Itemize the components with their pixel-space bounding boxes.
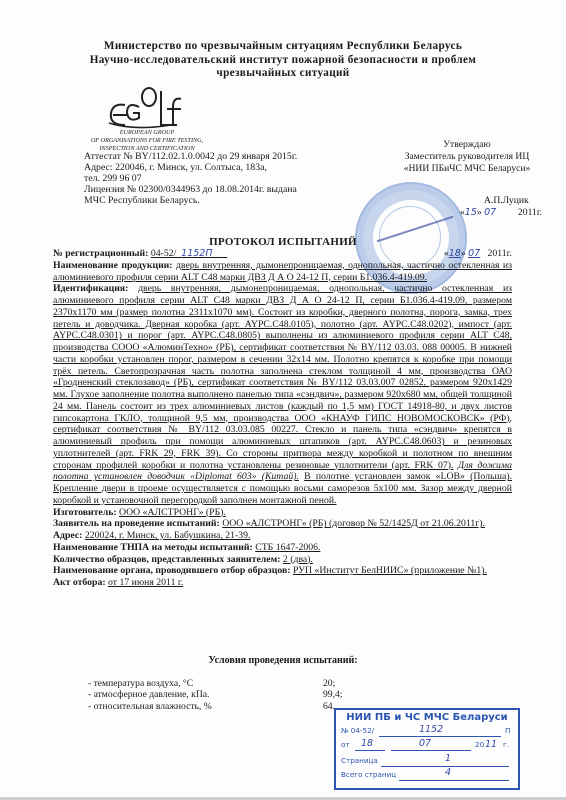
license-issuer-line: МЧС Республики Беларусь. — [84, 195, 297, 206]
condition-row-pressure: - атмосферное давление, кПа. 99,4; — [88, 689, 348, 700]
stamp-page-row: Страница 1 — [341, 756, 513, 768]
applicant-label: Заявитель на проведение испытаний: — [53, 518, 220, 529]
approval-signatory: А.П.Луцик — [484, 195, 529, 207]
protocol-title: ПРОТОКОЛ ИСПЫТАНИЙ — [0, 236, 566, 248]
identification-field: Идентификация: дверь внутренняя, дымонеп… — [53, 283, 512, 506]
sampling-body-field: Наименование органа, проводившего отбор … — [53, 565, 512, 577]
tnpa-label: Наименование ТНПА на методы испытаний: — [53, 542, 253, 553]
approval-date: «15» 072011г. — [460, 207, 560, 219]
stamp-date-year-prefix: 20 — [475, 740, 484, 749]
tnpa-value: СТБ 1647-2006. — [255, 542, 320, 553]
applicant-field: Заявитель на проведение испытаний: ООО «… — [53, 518, 512, 530]
reg-date-month: 07 — [468, 248, 480, 259]
product-name-field: Наименование продукции: дверь внутренняя… — [53, 260, 512, 284]
conditions-list: - температура воздуха, °С 20; - атмосфер… — [88, 678, 348, 712]
approval-position: Заместитель руководителя ИЦ — [372, 151, 562, 163]
approval-organization: «НИИ ПБиЧС МЧС Беларуси» — [372, 163, 562, 175]
registration-stamp: НИИ ПБ и ЧС МЧС Беларуси № 04-52/ 1152 П… — [334, 708, 520, 790]
protocol-body: № регистрационный: 04-52/ 1152П «18» 07 … — [53, 248, 512, 589]
document-header: Министерство по чрезвычайным ситуациям Р… — [60, 40, 506, 81]
egolf-logo-icon — [105, 85, 185, 130]
applicant-value: ООО «АЛСТРОНГ» (РБ) (договор № 52/1425Д … — [222, 518, 485, 529]
reg-prefix: 04-52/ — [151, 248, 176, 259]
approval-date-day: 15 — [465, 207, 477, 218]
header-institute: Научно-исследовательский институт пожарн… — [60, 54, 506, 68]
document-page: Министерство по чрезвычайным ситуациям Р… — [0, 0, 566, 800]
stamp-date-row: от 18 07 20 11 г. — [341, 740, 513, 752]
condition-label: - температура воздуха, °С — [88, 678, 193, 689]
stamp-page-label: Страница — [341, 756, 378, 765]
reg-date-year: 2011г. — [488, 248, 512, 259]
condition-row-temperature: - температура воздуха, °С 20; — [88, 678, 348, 689]
product-label: Наименование продукции: — [53, 260, 173, 271]
sampling-act-label: Акт отбора: — [53, 577, 106, 588]
samples-label: Количество образцов, представленных заяв… — [53, 554, 280, 565]
address-field: Адрес: 220024, г. Минск, ул. Бабушкина, … — [53, 530, 512, 542]
sampling-body-label: Наименование органа, проводившего отбор … — [53, 565, 291, 576]
logo-caption: European group of organisations for fire… — [62, 129, 232, 152]
organization-info: Аттестат № BY/112.02.1.0.0042 до 29 янва… — [84, 151, 297, 206]
approval-title: Утверждаю — [372, 139, 562, 151]
identification-label: Идентификация: — [53, 283, 128, 294]
stamp-number-suffix: П — [505, 726, 510, 735]
accreditation-line: Аттестат № BY/112.02.1.0.0042 до 29 янва… — [84, 151, 297, 162]
stamp-number-label: № 04-52/ — [341, 726, 374, 735]
sampling-body-value: РУП «Институт БелНИИС» (приложение №1). — [293, 565, 487, 576]
condition-row-humidity: - относительная влажность, % 64. — [88, 701, 348, 712]
manufacturer-label: Изготовитель: — [53, 507, 117, 518]
reg-date-day: 18 — [449, 248, 461, 259]
stamp-page-value: 1 — [445, 753, 451, 764]
reg-date: «18» 07 2011г. — [444, 248, 512, 260]
stamp-total-value: 4 — [445, 767, 451, 778]
stamp-title: НИИ ПБ и ЧС МЧС Беларуси — [336, 712, 518, 723]
stamp-total-label: Всего страниц — [341, 770, 396, 779]
header-ministry: Министерство по чрезвычайным ситуациям Р… — [60, 40, 506, 54]
address-label: Адрес: — [53, 530, 82, 541]
registration-number-line: № регистрационный: 04-52/ 1152П «18» 07 … — [53, 248, 512, 260]
address-line: Адрес: 220046, г. Минск, ул. Солтыса, 18… — [84, 162, 297, 173]
stamp-number-row: № 04-52/ 1152 П — [341, 726, 513, 738]
approval-date-month: 07 — [484, 207, 496, 218]
stamp-date-year: 11 — [485, 739, 497, 750]
approval-date-year: 2011г. — [518, 207, 542, 218]
stamp-number-value: 1152 — [419, 724, 443, 735]
sampling-act-field: Акт отбора: от 17 июня 2011 г. — [53, 577, 512, 589]
condition-value: 20; — [323, 678, 335, 689]
sampling-act-value: от 17 июня 2011 г. — [108, 577, 183, 588]
reg-number: 04-52/ 1152П — [151, 248, 227, 259]
logo-caption-line: European group — [62, 129, 232, 137]
stamp-date-year-suffix: г. — [503, 740, 509, 749]
manufacturer-value: ООО «АЛСТРОНГ» (РБ). — [119, 507, 226, 518]
stamp-date-month: 07 — [419, 738, 431, 749]
samples-count-field: Количество образцов, представленных заяв… — [53, 554, 512, 566]
manufacturer-field: Изготовитель: ООО «АЛСТРОНГ» (РБ). — [53, 507, 512, 519]
samples-value: 2 (два). — [283, 554, 313, 565]
identification-value: дверь внутренняя, дымонепроницаемая, одн… — [53, 283, 512, 470]
condition-value: 99,4; — [323, 689, 342, 700]
conditions-title: Условия проведения испытаний: — [0, 655, 566, 666]
reg-label: № регистрационный: — [53, 248, 148, 259]
condition-label: - атмосферное давление, кПа. — [88, 689, 209, 700]
phone-line: тел. 299 96 07 — [84, 173, 297, 184]
stamp-date-day: 18 — [361, 738, 373, 749]
logo-caption-line: of organisations for fire testing, — [62, 137, 232, 145]
header-institute-cont: чрезвычайных ситуаций — [60, 67, 506, 81]
condition-label: - относительная влажность, % — [88, 701, 212, 712]
address-value: 220024, г. Минск, ул. Бабушкина, 21-39. — [85, 530, 251, 541]
stamp-date-label: от — [341, 740, 350, 749]
reg-handwritten: 1152П — [181, 248, 212, 259]
stamp-total-row: Всего страниц 4 — [341, 770, 513, 782]
tnpa-field: Наименование ТНПА на методы испытаний: С… — [53, 542, 512, 554]
license-line: Лицензия № 02300/0344963 до 18.08.2014г.… — [84, 184, 297, 195]
